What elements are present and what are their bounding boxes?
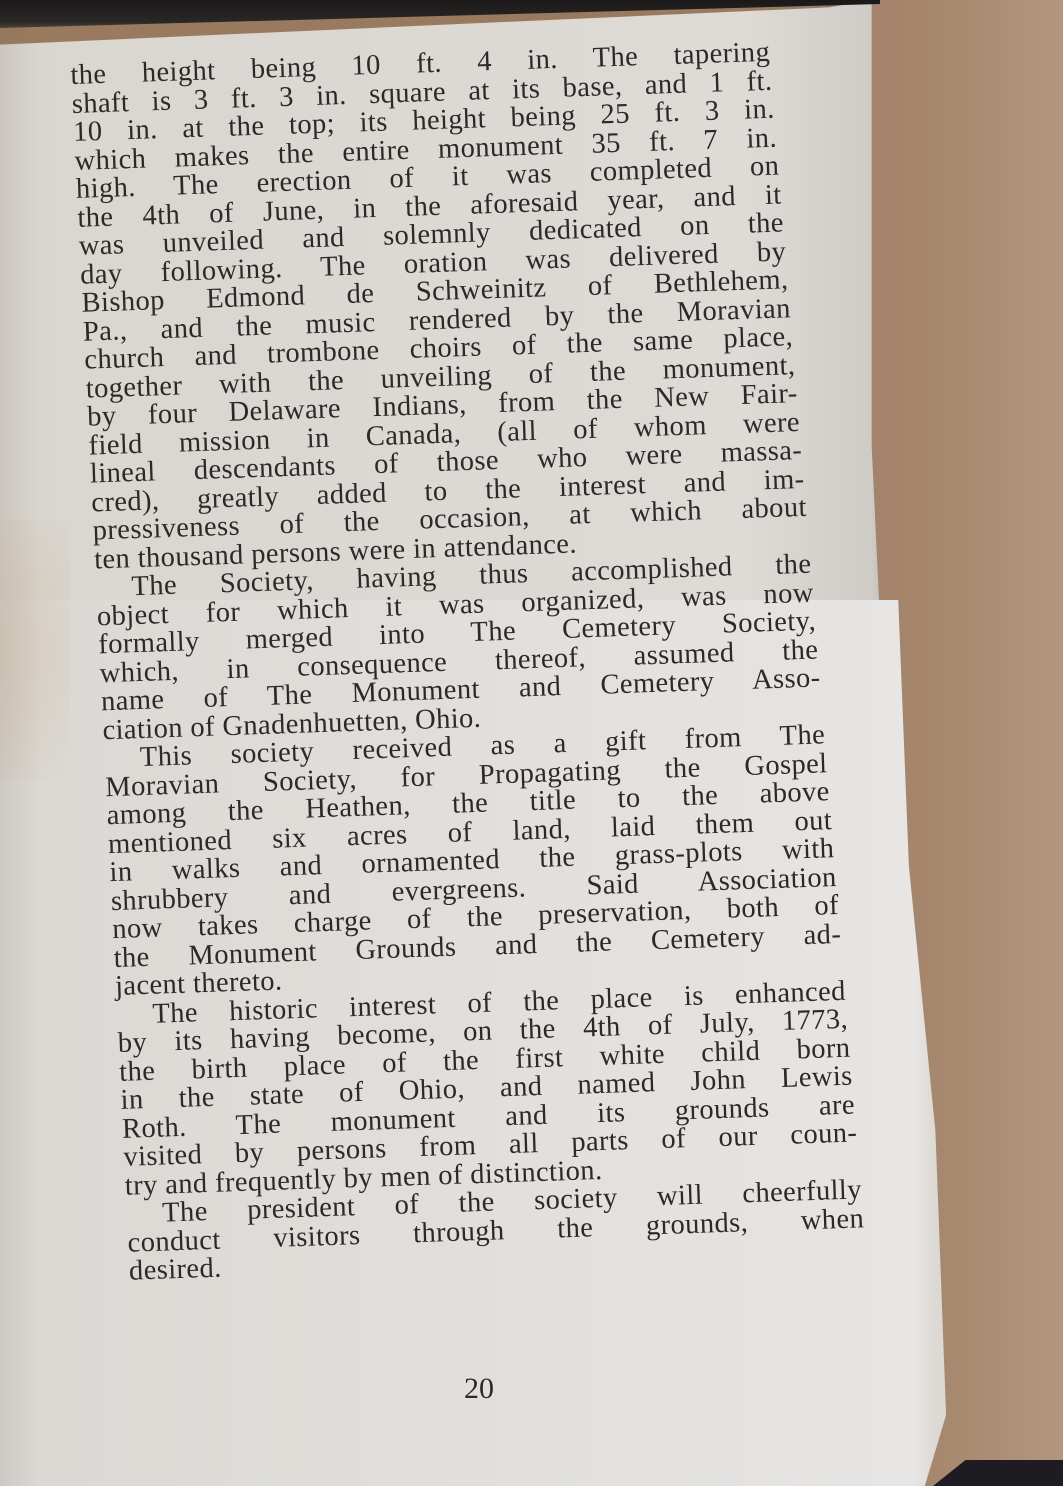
paper-stain bbox=[0, 520, 70, 780]
paragraph: the height being 10 ft. 4 in. The taperi… bbox=[70, 38, 807, 575]
page-number: 20 bbox=[464, 1372, 494, 1406]
paragraph: The Society, having thus accomplished th… bbox=[87, 551, 812, 746]
paragraph: The historic interest of the place is en… bbox=[101, 978, 827, 1201]
page-body-text: the height being 10 ft. 4 in. The taperi… bbox=[70, 38, 830, 1287]
paragraph: This society received as a gift from The… bbox=[93, 722, 821, 1002]
